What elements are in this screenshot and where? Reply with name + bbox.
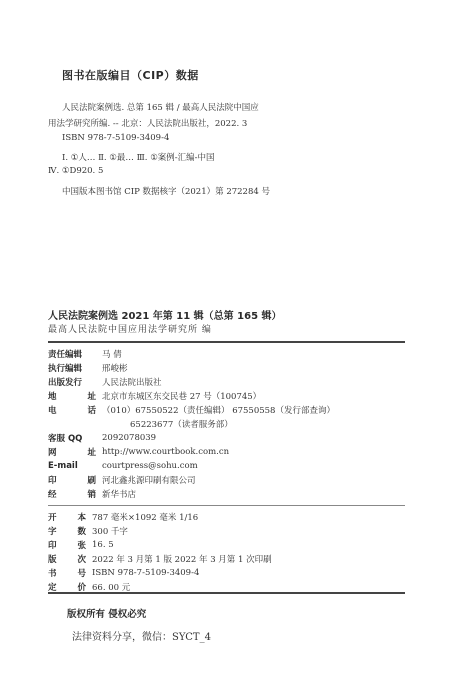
row-label: 开本 [48, 511, 86, 523]
row-label: 网址 [48, 446, 96, 458]
row-label: 经销 [48, 488, 96, 500]
row-value: 邢峻彬 [102, 362, 128, 374]
spec-row-isbn: 书号ISBN 978-7-5109-3409-4 [48, 566, 199, 580]
pub-row-phone: 电话（010）67550522（责任编辑） 67550558（发行部查询） [48, 403, 335, 417]
pub-row-editor: 责任编辑马 倩 [48, 347, 122, 361]
cip-title: 图书在版编目（CIP）数据 [62, 67, 199, 83]
pub-row-address: 地址北京市东城区东交民巷 27 号（100745） [48, 389, 261, 403]
cip-line: ISBN 978-7-5109-3409-4 [62, 133, 169, 143]
row-label: 客服 QQ [48, 432, 96, 444]
pub-row-website: 网址http://www.courtbook.com.cn [48, 445, 229, 459]
row-value: 2022 年 3 月第 1 版 2022 年 3 月第 1 次印刷 [92, 553, 272, 565]
row-value: courtpress@sohu.com [102, 461, 198, 471]
row-label: 电话 [48, 404, 96, 416]
row-value: 马 倩 [102, 348, 122, 360]
row-label: 印张 [48, 539, 86, 551]
row-label: 地址 [48, 390, 96, 402]
row-value: 北京市东城区东交民巷 27 号（100745） [102, 390, 261, 402]
pub-row-publisher: 出版发行人民法院出版社 [48, 375, 162, 389]
spec-row-word-count: 字数300 千字 [48, 524, 128, 538]
book-editor-line: 最高人民法院中国应用法学研究所 编 [48, 322, 212, 335]
wechat-note: 法律资料分享，微信：SYCT_4 [72, 628, 211, 643]
cip-line: Ⅰ. ①人… Ⅱ. ①最… Ⅲ. ①案例-汇编-中国 [62, 151, 215, 163]
pub-row-phone-2: 65223677（读者服务部） [48, 417, 233, 431]
spec-row-edition: 版次2022 年 3 月第 1 版 2022 年 3 月第 1 次印刷 [48, 552, 272, 566]
pub-row-printer: 印刷河北鑫兆源印刷有限公司 [48, 473, 196, 487]
copyright-notice: 版权所有 侵权必究 [67, 606, 146, 620]
row-label: 责任编辑 [48, 348, 96, 360]
row-value: （010）67550522（责任编辑） 67550558（发行部查询） [102, 404, 335, 416]
row-label: 印刷 [48, 474, 96, 486]
row-value: http://www.courtbook.com.cn [102, 447, 229, 457]
divider [48, 592, 405, 594]
row-label: 版次 [48, 553, 86, 565]
row-label: 出版发行 [48, 376, 96, 388]
row-label: 字数 [48, 525, 86, 537]
book-title-line: 人民法院案例选 2021 年第 11 辑（总第 165 辑） [48, 307, 282, 322]
row-value: 河北鑫兆源印刷有限公司 [102, 474, 196, 486]
divider [48, 505, 405, 506]
pub-row-distributor: 经销新华书店 [48, 487, 136, 501]
cip-line: 用法学研究所编. -- 北京：人民法院出版社，2022. 3 [48, 117, 247, 129]
row-label: E-mail [48, 461, 96, 471]
row-value: 65223677（读者服务部） [130, 418, 233, 430]
spec-row-format: 开本787 毫米×1092 毫米 1/16 [48, 510, 198, 524]
spec-row-sheets: 印张16. 5 [48, 538, 114, 552]
row-value: 16. 5 [92, 540, 114, 550]
pub-row-exec-editor: 执行编辑邢峻彬 [48, 361, 128, 375]
row-value: 300 千字 [92, 525, 128, 537]
row-label: 书号 [48, 567, 86, 579]
pub-row-qq: 客服 QQ2092078039 [48, 431, 156, 445]
cip-line: 人民法院案例选. 总第 165 辑 / 最高人民法院中国应 [62, 101, 259, 113]
row-value: 787 毫米×1092 毫米 1/16 [92, 511, 198, 523]
pub-row-email: E-mailcourtpress@sohu.com [48, 459, 198, 473]
divider [48, 341, 405, 343]
row-value: 人民法院出版社 [102, 376, 162, 388]
row-value: ISBN 978-7-5109-3409-4 [92, 568, 199, 578]
row-value: 2092078039 [102, 433, 156, 443]
row-value: 新华书店 [102, 488, 136, 500]
row-label: 执行编辑 [48, 362, 96, 374]
cip-catalog-number: 中国版本图书馆 CIP 数据核字（2021）第 272284 号 [62, 185, 270, 197]
cip-line: Ⅳ. ①D920. 5 [48, 166, 103, 176]
